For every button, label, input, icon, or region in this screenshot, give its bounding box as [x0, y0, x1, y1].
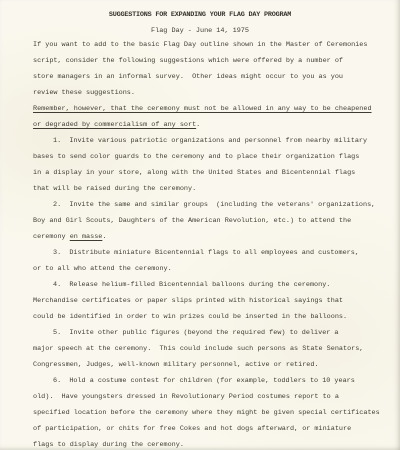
line-text: old). Have youngsters dressed in Revolut…	[33, 393, 339, 401]
line-text: in a display in your store, along with t…	[33, 169, 355, 177]
document-line: Congressmen, Judges, well-known military…	[33, 357, 380, 373]
document-line: 1. Invite various patriotic organization…	[33, 133, 380, 149]
line-text: Merchandise certificates or paper slips …	[33, 297, 343, 305]
line-text: or to all who attend the ceremony.	[33, 265, 172, 273]
underlined-text: en masse	[70, 233, 103, 241]
line-text: ceremony	[33, 233, 70, 241]
line-text: bases to send color guards to the ceremo…	[33, 153, 359, 161]
document-line: 6. Hold a costume contest for children (…	[33, 373, 380, 389]
document-line: 3. Distribute miniature Bicentennial fla…	[33, 245, 380, 261]
line-text: major speech at the ceremony. This could…	[33, 345, 363, 353]
document-body: If you want to add to the basic Flag Day…	[33, 37, 380, 450]
document-line: 4. Release helium-filled Bicentennial ba…	[33, 277, 380, 293]
line-text: 2. Invite the same and similar groups (i…	[53, 201, 375, 209]
document-line: could be identified in order to win priz…	[33, 309, 380, 325]
line-text: 4. Release helium-filled Bicentennial ba…	[53, 281, 330, 289]
line-text: If you want to add to the basic Flag Day…	[33, 41, 367, 49]
document-line: major speech at the ceremony. This could…	[33, 341, 380, 357]
document-line: specified location before the ceremony w…	[33, 405, 380, 421]
line-text: 6. Hold a costume contest for children (…	[53, 377, 355, 385]
line-text: 3. Distribute miniature Bicentennial fla…	[53, 249, 359, 257]
line-text: specified location before the ceremony w…	[33, 409, 380, 417]
line-text: flags to display during the ceremony.	[33, 441, 184, 449]
line-text: Boy and Girl Scouts, Daughters of the Am…	[33, 217, 351, 225]
document-line: or to all who attend the ceremony.	[33, 261, 380, 277]
line-text: of participation, or chits for free Coke…	[33, 425, 351, 433]
scanned-document-page: SUGGESTIONS FOR EXPANDING YOUR FLAG DAY …	[0, 0, 400, 450]
document-line: 2. Invite the same and similar groups (i…	[33, 197, 380, 213]
line-text: .	[196, 121, 200, 129]
document-line: review these suggestions.	[33, 85, 380, 101]
document-line: 5. Invite other public figures (beyond t…	[33, 325, 380, 341]
document-line: old). Have youngsters dressed in Revolut…	[33, 389, 380, 405]
document-line: flags to display during the ceremony.	[33, 437, 380, 450]
document-line: ceremony en masse.	[33, 229, 380, 245]
line-text: store managers in an informal survey. Ot…	[33, 73, 343, 81]
document-line: that will be raised during the ceremony.	[33, 181, 380, 197]
line-text: review these suggestions.	[33, 89, 135, 97]
line-text: 1. Invite various patriotic organization…	[53, 137, 367, 145]
line-text: could be identified in order to win priz…	[33, 313, 347, 321]
document-line: or degraded by commercialism of any sort…	[33, 117, 380, 133]
document-title: SUGGESTIONS FOR EXPANDING YOUR FLAG DAY …	[0, 7, 400, 23]
line-text: that will be raised during the ceremony.	[33, 185, 196, 193]
document-line: in a display in your store, along with t…	[33, 165, 380, 181]
document-header: SUGGESTIONS FOR EXPANDING YOUR FLAG DAY …	[0, 0, 400, 40]
document-line: Boy and Girl Scouts, Daughters of the Am…	[33, 213, 380, 229]
line-text: script, consider the following suggestio…	[33, 57, 343, 65]
line-text: .	[102, 233, 106, 241]
underlined-text: Remember, however, that the ceremony mus…	[33, 105, 372, 113]
document-line: Remember, however, that the ceremony mus…	[33, 101, 380, 117]
line-text: Congressmen, Judges, well-known military…	[33, 361, 319, 369]
line-text: 5. Invite other public figures (beyond t…	[53, 329, 339, 337]
document-line: If you want to add to the basic Flag Day…	[33, 37, 380, 53]
document-line: of participation, or chits for free Coke…	[33, 421, 380, 437]
document-line: store managers in an informal survey. Ot…	[33, 69, 380, 85]
document-line: Merchandise certificates or paper slips …	[33, 293, 380, 309]
underlined-text: or degraded by commercialism of any sort	[33, 121, 196, 129]
document-line: script, consider the following suggestio…	[33, 53, 380, 69]
document-line: bases to send color guards to the ceremo…	[33, 149, 380, 165]
